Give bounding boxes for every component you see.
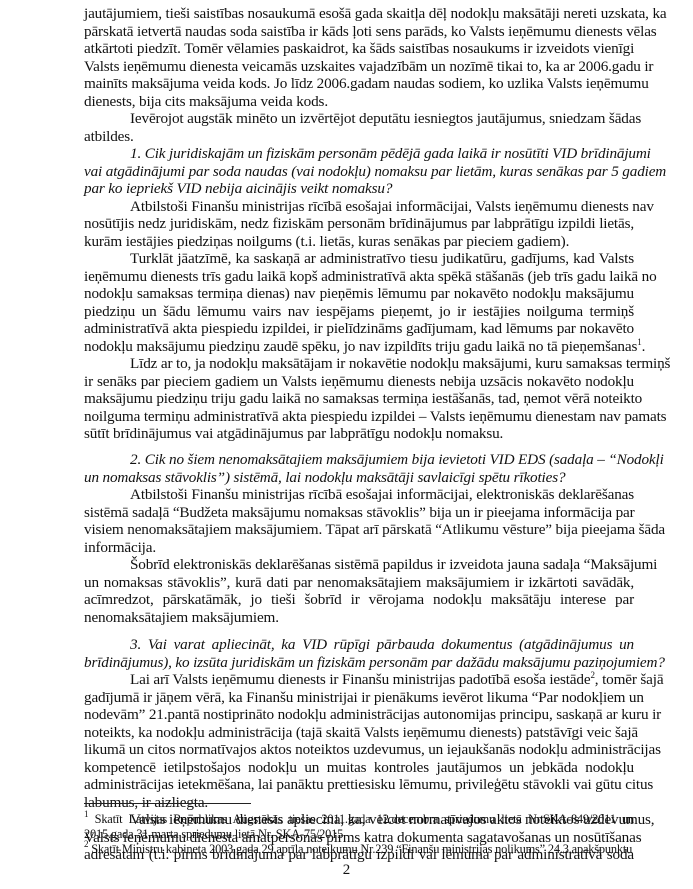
body-line: atkārtoti piedzīt. Tomēr vēlamies paskai… [84,40,634,57]
body-line: atbildes. [84,128,634,145]
body-line: pārskatā ietvertā naudas soda saistība i… [84,23,634,40]
body-line: jautājumiem, tieši saistības nosaukumā e… [84,5,634,22]
body-line: ir senāks par pieciem gadiem un Valsts i… [84,373,634,390]
body-line: visiem nenomaksātajiem maksājumiem. Tāpa… [84,521,634,538]
question-2-line: 2. Cik no šiem nenomaksātajiem maksājumi… [130,451,634,468]
body-line: noilguma termiņu administratīvā akta pie… [84,408,634,425]
body-line: noteikts, ka nodokļu administrācija (taj… [84,724,634,741]
body-line: ieņēmumu dienests trīs gadu laikā kopš a… [84,268,634,285]
document-page: jautājumiem, tieši saistības nosaukumā e… [0,0,693,889]
body-line: Atbilstoši Finanšu ministrijas rīcībā es… [130,486,634,503]
line-text: nodokļu maksājumu piedziņu zaudē spēku, … [84,338,637,355]
body-line: administratīvā akta piespiedu izpildei, … [84,320,634,337]
body-line: likumā un citos normatīvajos aktos notei… [84,741,634,758]
footnote-marker: 1 [84,809,88,819]
footnote-1-cont: 2015.gada 31.marta spriedumu lietā Nr. S… [84,827,634,842]
body-line: Šobrīd elektroniskās deklarēšanas sistēm… [130,556,634,573]
question-3-line: 3. Vai varat apliecināt, ka VID rūpīgi p… [130,636,634,653]
body-line: sūtīt brīdinājumus vai atgādinājumus par… [84,425,634,442]
body-line: nenomaksātajiem maksājumiem. [84,609,634,626]
footnote-marker: 2 [84,839,88,849]
body-line: Atbilstoši Finanšu ministrijas rīcībā es… [130,198,634,215]
question-1-line: par ko iepriekš VID nebija aicinājis vei… [84,180,634,197]
body-line: nosūtījis nedz juridiskām, nedz fiziskām… [84,215,634,232]
body-line: Lai arī Valsts ieņēmumu dienests ir Fina… [130,671,634,688]
line-text: Lai arī Valsts ieņēmumu dienests ir Fina… [130,671,590,688]
page-number: 2 [0,862,693,879]
body-line: nodokļu maksājumu piedziņu zaudē spēku, … [84,338,634,355]
body-line: sistēmā sadaļā “Budžeta maksājumu nomaks… [84,504,634,521]
body-line: Turklāt jāatzīmē, ka saskaņā ar administ… [130,250,634,267]
footnote-text: Skatīt Latvijas Republikas Augstākās tie… [95,812,634,826]
footnote-divider [84,803,251,804]
body-line: Valsts ieņēmumu dienesta veicamās uzskai… [84,58,634,75]
body-line: gadījumā ir jāņem vērā, ka Finanšu minis… [84,689,634,706]
body-line: Ievērojot augstāk minēto un izvērtējot d… [130,110,634,127]
question-3-line: brīdinājumus), ko izsūta juridiskām un f… [84,654,634,671]
body-line: un nomaksas stāvoklis”, kurā dati par ne… [84,574,634,591]
body-line: acīmredzot, pārskatāmāk, jo tieši šobrīd… [84,591,634,608]
body-line: nodokļu samaksas termiņa dienas) nav pie… [84,285,634,302]
footnote-1: 1 Skatīt Latvijas Republikas Augstākās t… [84,812,634,827]
footnote-text: Skatīt Ministru kabineta 2003.gada 29.ap… [91,842,632,856]
footnote-2: 2 Skatīt Ministru kabineta 2003.gada 29.… [84,842,634,857]
body-line: maksājumu piedziņu triju gadu laikā no s… [84,390,634,407]
question-2-line: un nomaksas stāvoklis”) sistēmā, lai nod… [84,469,634,486]
body-line: informācija. [84,539,634,556]
body-line: kurām iestājies piedziņas noilgums (t.i.… [84,233,634,250]
question-1-line: vai atgādinājumi par soda naudas (vai no… [84,163,634,180]
body-line: dienests, bija cits maksājuma veida kods… [84,93,634,110]
line-text: , tomēr šajā [595,671,664,688]
footnote-ref-1[interactable]: 1 [637,337,641,347]
body-line: piedziņu un šādu lēmumu vairs nav iespēj… [84,303,634,320]
body-line: kompetencē ietilpstošajos nodokļu un mui… [84,759,634,776]
body-line: nodevām” 21.pantā nostiprināto nodokļu a… [84,706,634,723]
body-line: administrācijas ietekmēšana, lai panāktu… [84,776,634,793]
question-1-line: 1. Cik juridiskajām un fiziskām personām… [130,145,634,162]
body-line: Līdz ar to, ja nodokļu maksātājam ir nok… [130,355,634,372]
body-line: mainīts maksājuma veida kods. Jo līdz 20… [84,75,634,92]
body-line: labumus, ir aizliegta. [84,794,634,811]
